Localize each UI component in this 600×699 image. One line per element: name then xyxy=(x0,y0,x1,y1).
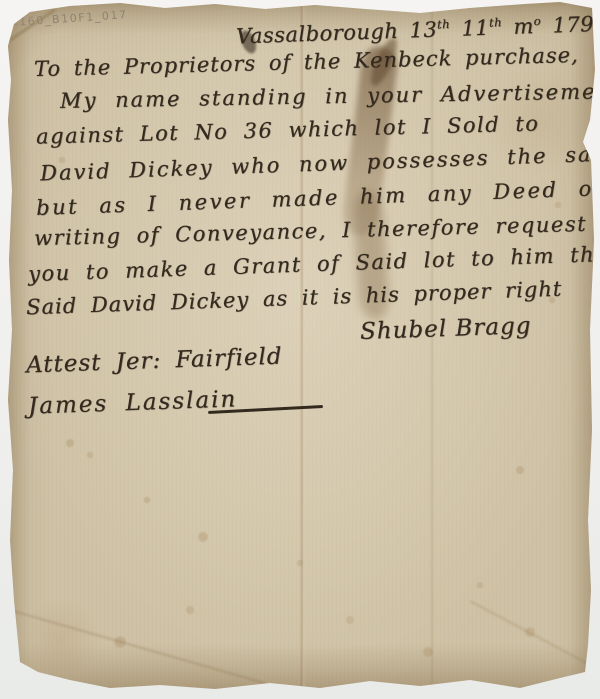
vertical-fold-crease-faint xyxy=(430,6,434,694)
pencil-archival-number: .160_B10F1_017 xyxy=(14,8,128,29)
witness-signature: James Lasslain xyxy=(28,386,238,419)
signature-shubel-bragg: Shubel Bragg xyxy=(360,313,532,345)
attest-line: Attest Jer: Fairfield xyxy=(26,344,283,379)
dateline-superscript: th xyxy=(437,17,451,31)
bottom-left-crease xyxy=(6,608,266,684)
body-line-5: writing of Conveyance, I therefore reque… xyxy=(34,212,588,250)
salutation-line: To the Proprietors of the Kenbeck purcha… xyxy=(34,43,579,81)
dateline-mo-abbrev: m xyxy=(513,14,534,39)
dateline-superscript: th xyxy=(489,15,503,29)
dateline-month: 11 xyxy=(461,16,490,41)
dateline-superscript: o xyxy=(533,14,541,28)
scan-background: .160_B10F1_017 Vassalborough 13th 11th m… xyxy=(0,0,600,699)
letter-sheet: .160_B10F1_017 Vassalborough 13th 11th m… xyxy=(0,0,600,699)
bottom-right-crease xyxy=(470,600,595,667)
dateline-year: 1792 xyxy=(552,12,600,38)
dateline-place-day: Vassalborough 13 xyxy=(236,17,438,48)
body-line-1: My name standing in your Advertisement xyxy=(60,79,600,113)
body-line-2: against Lot No 36 which lot I Sold to xyxy=(36,111,540,148)
